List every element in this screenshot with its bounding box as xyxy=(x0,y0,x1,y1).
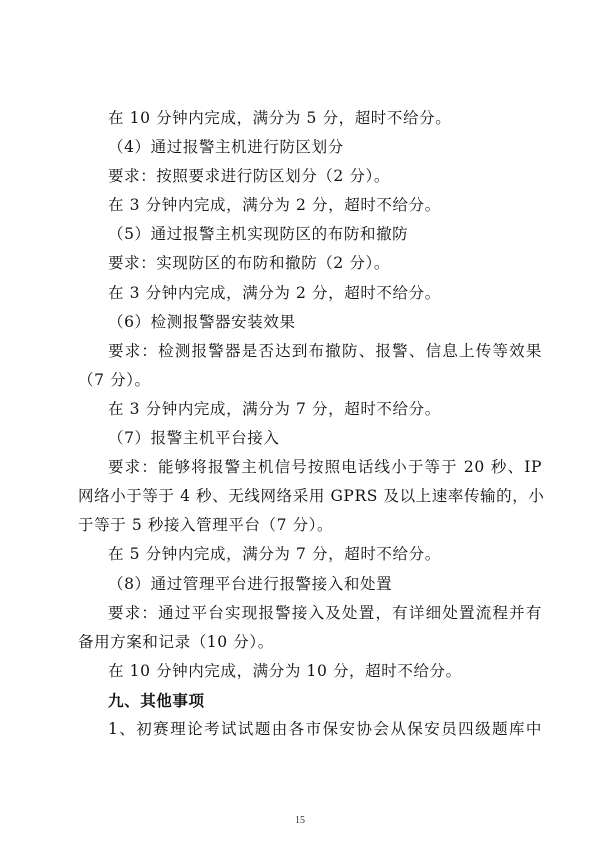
text-line: 备用方案和记录（10 分）。 xyxy=(78,628,542,657)
text-line: 在 10 分钟内完成，满分为 10 分，超时不给分。 xyxy=(78,657,542,686)
text-line: 要求：通过平台实现报警接入及处置，有详细处置流程并有 xyxy=(78,599,542,628)
subsection-heading-8: （8）通过管理平台进行报警接入和处置 xyxy=(78,570,542,599)
page-number: 15 xyxy=(0,815,600,826)
subsection-heading-6: （6）检测报警器安装效果 xyxy=(78,308,542,337)
section-heading-9: 九、其他事项 xyxy=(78,686,542,715)
text-line: 在 5 分钟内完成，满分为 7 分，超时不给分。 xyxy=(78,540,542,569)
text-line: 在 3 分钟内完成，满分为 7 分，超时不给分。 xyxy=(78,395,542,424)
text-line: 在 3 分钟内完成，满分为 2 分，超时不给分。 xyxy=(78,191,542,220)
text-line: 要求：检测报警器是否达到布撤防、报警、信息上传等效果 xyxy=(78,337,542,366)
text-line: 1、初赛理论考试试题由各市保安协会从保安员四级题库中 xyxy=(78,715,542,744)
text-line: 在 3 分钟内完成，满分为 2 分，超时不给分。 xyxy=(78,279,542,308)
document-page: 在 10 分钟内完成，满分为 5 分，超时不给分。 （4）通过报警主机进行防区划… xyxy=(78,104,542,744)
text-line: 要求：能够将报警主机信号按照电话线小于等于 20 秒、IP xyxy=(78,453,542,482)
text-line: 要求：按照要求进行防区划分（2 分）。 xyxy=(78,162,542,191)
subsection-heading-5: （5）通过报警主机实现防区的布防和撤防 xyxy=(78,220,542,249)
subsection-heading-4: （4）通过报警主机进行防区划分 xyxy=(78,133,542,162)
subsection-heading-7: （7）报警主机平台接入 xyxy=(78,424,542,453)
text-line: （7 分）。 xyxy=(78,366,542,395)
text-line: 要求：实现防区的布防和撤防（2 分）。 xyxy=(78,249,542,278)
text-line: 网络小于等于 4 秒、无线网络采用 GPRS 及以上速率传输的，小 xyxy=(78,482,542,511)
text-line: 于等于 5 秒接入管理平台（7 分）。 xyxy=(78,511,542,540)
text-line: 在 10 分钟内完成，满分为 5 分，超时不给分。 xyxy=(78,104,542,133)
